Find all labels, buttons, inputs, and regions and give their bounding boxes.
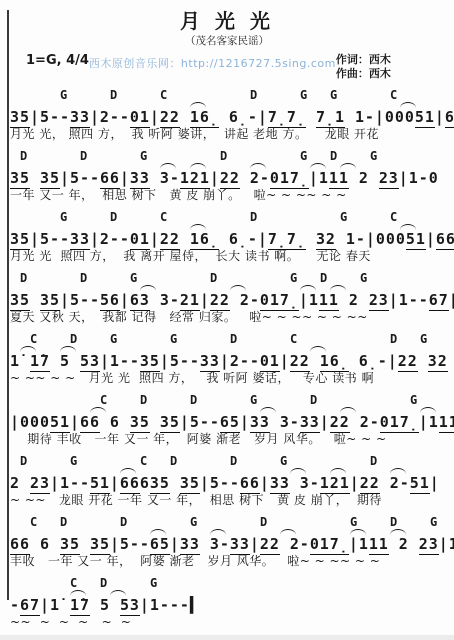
arc-row [0,101,454,108]
slur-arc-icon [310,163,326,169]
slur-arc-icon [290,468,306,474]
chord-label: G [70,454,77,468]
chord-label: C [30,515,37,529]
slur-arc-icon [310,346,326,352]
chord-row: DDGDGDG [0,149,454,162]
chord-label: D [60,515,67,529]
chord-label: G [130,271,137,285]
chord-label: G [350,515,357,529]
arc-row [0,406,454,413]
page: { "colors": { "paper": "#fdfdfd", "ink":… [0,0,454,640]
lyrics-row: 丰收 一年 又一 年， 阿婆 渐老 岁月 风华。 啦~ ~ ~~ ~ ~ [0,554,454,570]
lyrics-row: 月光 光， 照四 方， 我 听阿 婆讲， 讲起 老地 方。 龙眼 开花 [0,127,454,143]
score-system: CDG -67|1̇ 1̇7 5 53|1---▍ ~~ ~ ~ ~ ~ ~ [0,576,454,631]
chord-label: G [410,393,417,407]
score-system: DDGDGDG 35 35|5--66|33 3-121|22 2-017̣|1… [0,149,454,204]
slur-arc-icon [330,285,346,291]
chord-label: G [300,149,307,163]
notes-row: |00051|66 6 35 35|5--65|33 3-33|22 2-017… [0,413,454,432]
slur-arc-icon [420,407,436,413]
chord-label: C [160,88,167,102]
scan-bottom-strip [0,635,454,640]
chord-label: G [330,88,337,102]
chord-label: D [370,454,377,468]
song-title: 月 光 光 [0,8,454,34]
lyrics-row: 一年 又一 年， 相思 树下 黄 皮 崩丫。 啦~ ~ ~~ ~ ~ [0,188,454,204]
chord-label: D [110,88,117,102]
slur-arc-icon [400,102,416,108]
arc-row [0,162,454,169]
lyrics-row: 月光 光 照四 方， 我 离开 屋侍， 长大 读书 啊。 无论 春天 [0,249,454,265]
score-system: CDGGDCDG 1̇ 1̇7 5 53|1--35|5--33|2--01|2… [0,332,454,387]
slur-arc-icon [280,529,296,535]
chord-row: CDG [0,576,454,589]
chord-label: D [230,332,237,346]
meta-row: 1=G, 4/4 西木原创音乐网：http://1216727.5sing.co… [0,53,454,85]
chord-label: G [420,332,427,346]
slur-arc-icon [190,224,206,230]
chord-label: C [100,393,107,407]
slur-arc-icon [390,529,406,535]
song-subtitle: （茂名客家民谣） [0,34,454,49]
notes-row: 35 35|5--56|63 3-21|22 2-017̣|111 2 23|1… [0,291,454,310]
credits: 作词：西木 作曲：西木 [336,53,414,81]
sheet-music: 月 光 光 （茂名客家民谣） 1=G, 4/4 西木原创音乐网：http://1… [0,0,454,631]
slur-arc-icon [190,102,206,108]
chord-label: C [30,332,37,346]
chord-label: D [230,454,237,468]
slur-arc-icon [400,224,416,230]
chord-label: D [20,271,27,285]
chord-label: G [370,149,377,163]
chord-row: GDCDGC [0,210,454,223]
composer-credit: 作曲：西木 [336,67,414,81]
chord-label: G [190,515,197,529]
chord-label: G [60,88,67,102]
chord-label: G [140,149,147,163]
score-system: DDGDGDG 35 35|5--56|63 3-21|22 2-017̣|11… [0,271,454,326]
chord-label: G [110,332,117,346]
chord-label: D [210,271,217,285]
notes-row: 1̇ 1̇7 5 53|1--35|5--33|2--01|22 16̣ 6̣-… [0,352,454,371]
slur-arc-icon [390,468,406,474]
chord-row: GDCDGGC [0,88,454,101]
slur-arc-icon [140,285,156,291]
chord-label: D [110,210,117,224]
score-system: GDCDGGC 35|5--33|2--01|22 16̣ 6̣-|7̣7̣ 7… [0,88,454,143]
chord-row: CDDGDGDG [0,515,454,528]
chord-label: D [20,454,27,468]
chord-label: D [220,149,227,163]
slur-arc-icon [250,163,266,169]
chord-label: C [140,454,147,468]
slur-arc-icon [20,346,36,352]
lyrics-row: 期待 丰收 一年 又一 年， 阿婆 渐老 岁月 风华。 啦~ ~ ~ [0,432,454,448]
lyrics-row: ~~ ~ ~ ~ ~ ~ [0,615,454,631]
chord-row: CDGGDCDG [0,332,454,345]
arc-row [0,345,454,352]
key-signature: 1=G, 4/4 [0,53,89,68]
chord-label: C [390,210,397,224]
chord-label: C [390,88,397,102]
notes-row: 66 6 35 35|5--65|33 3-33|22 2-017̣|111 2… [0,535,454,554]
notes-row: -67|1̇ 1̇7 5 53|1---▍ [0,596,454,615]
notes-row: 35|5--33|2--01|22 16̣ 6̣-|7̣7̣ 32 1-|000… [0,230,454,249]
chord-label: G [340,210,347,224]
lyricist-credit: 作词：西木 [336,53,414,67]
chord-label: D [80,271,87,285]
slur-arc-icon [330,468,346,474]
chord-label: D [70,332,77,346]
chord-label: D [250,88,257,102]
slur-arc-icon [260,407,276,413]
chord-label: G [360,271,367,285]
arc-row [0,467,454,474]
chord-label: D [140,393,147,407]
chord-label: D [260,515,267,529]
chord-label: G [300,88,307,102]
slur-arc-icon [110,590,126,596]
chord-row: CDDGDG [0,393,454,406]
arc-row [0,528,454,535]
arc-row [0,284,454,291]
chord-label: G [150,576,157,590]
chord-label: D [390,515,397,529]
lyrics-row: ~ ~~ 龙眼 开花 一年 又一 年， 相思 树下 黄 皮 崩丫， 期待 [0,493,454,509]
slur-arc-icon [120,468,136,474]
slur-arc-icon [210,529,226,535]
chord-label: G [60,210,67,224]
score: GDCDGGC 35|5--33|2--01|22 16̣ 6̣-|7̣7̣ 7… [0,88,454,631]
chord-label: D [190,393,197,407]
chord-label: D [170,454,177,468]
slur-arc-icon [70,590,86,596]
chord-label: D [80,149,87,163]
slur-arc-icon [160,163,176,169]
chord-label: D [390,332,397,346]
chord-label: D [320,271,327,285]
chord-label: G [170,332,177,346]
slur-arc-icon [300,285,316,291]
slur-arc-icon [60,346,76,352]
slur-arc-icon [90,407,106,413]
chord-row: DGCDDGD [0,454,454,467]
chord-label: D [100,576,107,590]
score-system: GDCDGC 35|5--33|2--01|22 16̣ 6̣-|7̣7̣ 32… [0,210,454,265]
notes-row: 35 35|5--66|33 3-121|22 2-017̣|111 2 23|… [0,169,454,188]
watermark-text: 西木原创音乐网：http://1216727.5sing.com [89,53,336,71]
chord-label: D [250,210,257,224]
notes-row: 35|5--33|2--01|22 16̣ 6̣-|7̣7̣ 7̣1 1-|00… [0,108,454,127]
score-system: CDDGDGDG 66 6 35 35|5--65|33 3-33|22 2-0… [0,515,454,570]
chord-label: D [330,149,337,163]
notes-row: 2 23|1--51|66635 35|5--66|33 3-121|22 2-… [0,474,454,493]
chord-label: C [290,332,297,346]
chord-label: G [250,393,257,407]
chord-label: G [280,454,287,468]
chord-label: D [20,149,27,163]
chord-label: G [430,515,437,529]
arc-row [0,223,454,230]
slur-arc-icon [340,163,356,169]
arc-row [0,589,454,596]
chord-label: G [290,271,297,285]
slur-arc-icon [340,407,356,413]
chord-row: DDGDGDG [0,271,454,284]
slur-arc-icon [230,285,246,291]
chord-label: D [310,393,317,407]
lyrics-row: ~ ~~ ~ ~ 月光 光 照四 方， 我 听阿 婆话， 专心 读书 啊 [0,371,454,387]
lyrics-row: 夏天 又秋 天， 我都 记得 经常 归家。 啦~ ~ ~~ ~ ~ ~~ [0,310,454,326]
chord-label: C [70,576,77,590]
score-system: DGCDDGD 2 23|1--51|66635 35|5--66|33 3-1… [0,454,454,509]
chord-label: C [160,210,167,224]
score-system: CDDGDG |00051|66 6 35 35|5--65|33 3-33|2… [0,393,454,448]
chord-label: D [120,515,127,529]
slur-arc-icon [350,529,366,535]
slur-arc-icon [150,529,166,535]
slur-arc-icon [190,163,206,169]
